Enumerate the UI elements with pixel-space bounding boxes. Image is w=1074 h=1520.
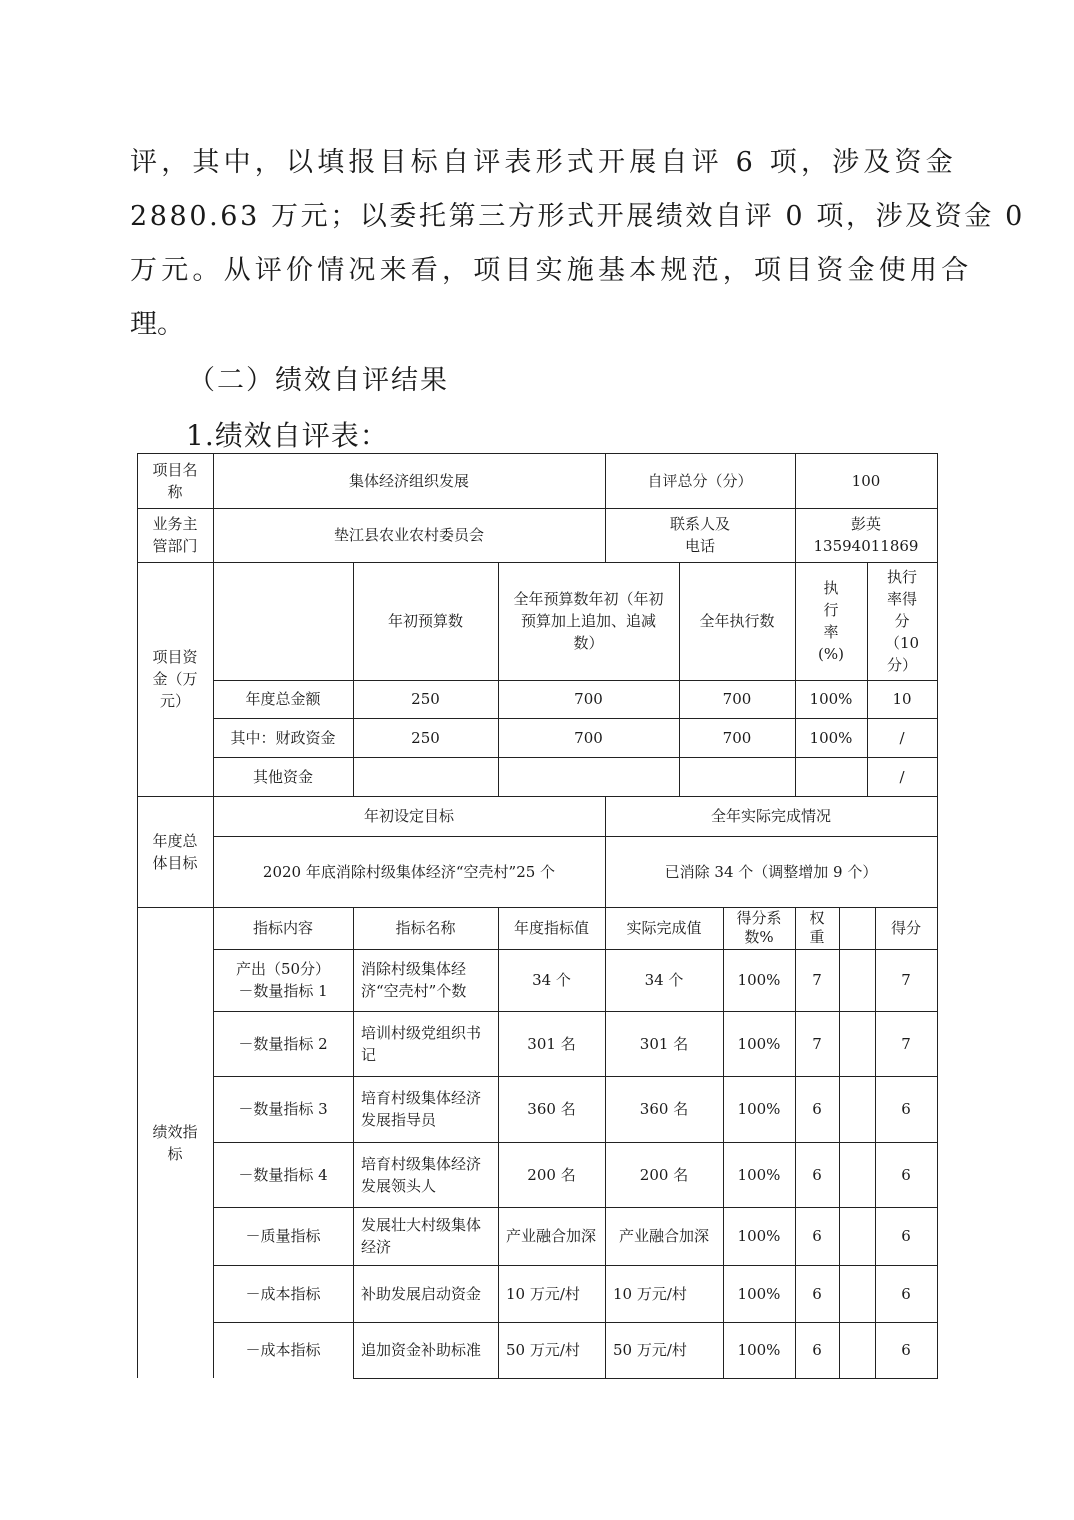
indicator-header-coef: 得分系数% [723, 907, 795, 949]
indicator-weight: 6 [795, 1322, 839, 1378]
table-title: 1.绩效自评表： [186, 414, 389, 454]
indicator-target: 10 万元/村 [498, 1265, 605, 1322]
indicator-content: －数量指标 2 [213, 1011, 353, 1076]
contact-phone: 13594011869 [814, 535, 919, 557]
indicator-content: －数量指标 4 [213, 1142, 353, 1207]
indicator-weight: 7 [795, 1011, 839, 1076]
indicators-label: 绩效指标 [137, 907, 213, 1378]
indicator-coef: 100% [723, 1076, 795, 1142]
contact-label: 联系人及电话 [605, 508, 795, 562]
indicator-name: 追加资金补助标准 [353, 1322, 498, 1378]
funds-row-name: 其他资金 [213, 757, 353, 796]
indicator-target: 360 名 [498, 1076, 605, 1142]
indicator-weight: 7 [795, 949, 839, 1011]
funds-header-executed: 全年执行数 [679, 562, 795, 680]
indicator-header-content: 指标内容 [213, 907, 353, 949]
indicator-score: 7 [875, 949, 937, 1011]
indicator-name: 消除村级集体经济“空壳村”个数 [353, 949, 498, 1011]
indicator-header-blank [839, 907, 875, 949]
paragraph-line-4: 理。 [130, 302, 184, 341]
funds-row-rate [795, 757, 867, 796]
indicator-score: 6 [875, 1207, 937, 1265]
annual-goal-label: 年度总体目标 [137, 796, 213, 907]
indicator-weight: 6 [795, 1265, 839, 1322]
indicator-actual: 10 万元/村 [605, 1265, 723, 1322]
indicator-coef: 100% [723, 1322, 795, 1378]
indicator-coef: 100% [723, 1011, 795, 1076]
annual-goal-target: 2020 年底消除村级集体经济“空壳村”25 个 [213, 836, 605, 907]
contact-name: 彭英 [851, 513, 881, 535]
indicator-actual: 360 名 [605, 1076, 723, 1142]
dept-label: 业务主管部门 [137, 508, 213, 562]
paragraph-line-2: 2880.63 万元；以委托第三方形式开展绩效自评 0 项，涉及资金 0 [130, 194, 1025, 233]
funds-header-rate: 执行率(%) [795, 562, 867, 680]
indicator-score: 6 [875, 1076, 937, 1142]
indicator-actual: 34 个 [605, 949, 723, 1011]
indicator-target: 50 万元/村 [498, 1322, 605, 1378]
indicator-header-target: 年度指标值 [498, 907, 605, 949]
annual-goal-target-header: 年初设定目标 [213, 796, 605, 836]
indicator-header-actual: 实际完成值 [605, 907, 723, 949]
funds-row-score: / [867, 757, 937, 796]
indicator-header-name: 指标名称 [353, 907, 498, 949]
indicator-coef: 100% [723, 1265, 795, 1322]
indicator-name: 发展壮大村级集体经济 [353, 1207, 498, 1265]
funds-row-executed [679, 757, 795, 796]
indicator-blank [839, 1076, 875, 1142]
funds-header-rate-score: 执行率得分（10分） [867, 562, 937, 680]
indicator-content: －数量指标 3 [213, 1076, 353, 1142]
funds-label: 项目资金（万元） [137, 562, 213, 796]
indicator-coef: 100% [723, 1207, 795, 1265]
indicator-target: 200 名 [498, 1142, 605, 1207]
indicator-coef: 100% [723, 1142, 795, 1207]
self-score-value: 100 [795, 453, 937, 508]
indicator-name: 培育村级集体经济发展指导员 [353, 1076, 498, 1142]
indicator-header-weight: 权重 [795, 907, 839, 949]
indicator-score: 6 [875, 1265, 937, 1322]
funds-row-full-year [498, 757, 679, 796]
annual-goal-actual: 已消除 34 个（调整增加 9 个） [605, 836, 937, 907]
funds-row-executed: 700 [679, 718, 795, 757]
indicator-actual: 301 名 [605, 1011, 723, 1076]
indicator-header-score: 得分 [875, 907, 937, 949]
indicator-target: 产业融合加深 [498, 1207, 605, 1265]
indicator-actual: 产业融合加深 [605, 1207, 723, 1265]
funds-row-rate: 100% [795, 718, 867, 757]
indicator-target: 34 个 [498, 949, 605, 1011]
indicator-weight: 6 [795, 1142, 839, 1207]
indicator-coef: 100% [723, 949, 795, 1011]
indicator-weight: 6 [795, 1076, 839, 1142]
indicator-blank [839, 1011, 875, 1076]
indicator-content: －成本指标 [213, 1322, 353, 1378]
funds-row-name: 年度总金额 [213, 680, 353, 718]
funds-row-initial: 250 [353, 718, 498, 757]
indicator-name: 补助发展启动资金 [353, 1265, 498, 1322]
funds-row-score: 10 [867, 680, 937, 718]
dept-value: 垫江县农业农村委员会 [213, 508, 605, 562]
indicator-content: －质量指标 [213, 1207, 353, 1265]
indicator-actual: 50 万元/村 [605, 1322, 723, 1378]
indicator-actual: 200 名 [605, 1142, 723, 1207]
contact-value: 彭英 13594011869 [795, 508, 937, 562]
paragraph-line-1: 评，其中，以填报目标自评表形式开展自评 6 项，涉及资金 [130, 140, 957, 179]
indicator-content: 产出（50分）－数量指标 1 [213, 949, 353, 1011]
indicator-blank [839, 1265, 875, 1322]
indicator-blank [839, 1207, 875, 1265]
project-name-value: 集体经济组织发展 [213, 453, 605, 508]
indicator-weight: 6 [795, 1207, 839, 1265]
indicator-blank [839, 1142, 875, 1207]
paragraph-line-3: 万元。从评价情况来看，项目实施基本规范，项目资金使用合 [130, 248, 972, 287]
funds-header-full-year: 全年预算数年初（年初预算加上追加、追减数） [498, 562, 679, 680]
funds-row-initial [353, 757, 498, 796]
funds-row-score: / [867, 718, 937, 757]
indicator-blank [839, 949, 875, 1011]
section-heading: （二）绩效自评结果 [188, 358, 449, 397]
funds-row-rate: 100% [795, 680, 867, 718]
funds-row-initial: 250 [353, 680, 498, 718]
funds-row-full-year: 700 [498, 680, 679, 718]
indicator-score: 7 [875, 1011, 937, 1076]
funds-row-name: 其中：财政资金 [213, 718, 353, 757]
indicator-target: 301 名 [498, 1011, 605, 1076]
project-name-label: 项目名称 [137, 453, 213, 508]
funds-header-initial: 年初预算数 [353, 562, 498, 680]
indicator-name: 培训村级党组织书记 [353, 1011, 498, 1076]
indicator-name: 培育村级集体经济发展领头人 [353, 1142, 498, 1207]
indicator-content: －成本指标 [213, 1265, 353, 1322]
indicator-score: 6 [875, 1142, 937, 1207]
funds-row-full-year: 700 [498, 718, 679, 757]
indicator-blank [839, 1322, 875, 1378]
self-score-label: 自评总分（分） [605, 453, 795, 508]
indicator-score: 6 [875, 1322, 937, 1378]
annual-goal-actual-header: 全年实际完成情况 [605, 796, 937, 836]
funds-row-executed: 700 [679, 680, 795, 718]
funds-header-blank [213, 562, 353, 680]
